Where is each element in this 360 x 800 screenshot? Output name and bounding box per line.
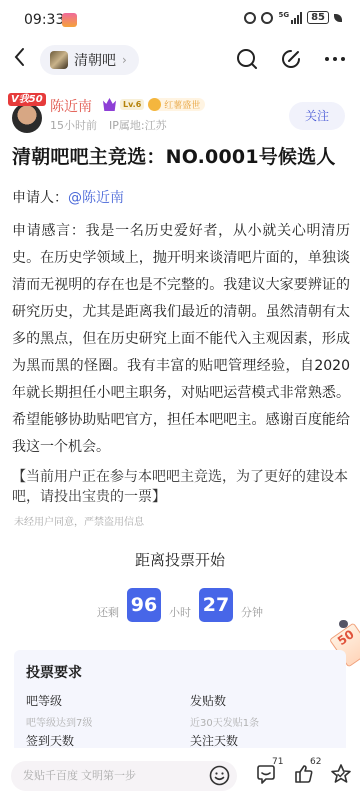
countdown-minutes: 27 bbox=[199, 588, 233, 622]
comment-button[interactable]: 71 bbox=[255, 763, 281, 789]
author-name[interactable]: 陈近南 bbox=[50, 96, 92, 116]
star-icon bbox=[330, 763, 352, 785]
author-badges: Lv.6 红薯盛世 bbox=[103, 98, 205, 111]
top-nav: 清朝吧 › bbox=[0, 40, 360, 80]
applicant-mention-link[interactable]: @陈近南 bbox=[68, 190, 124, 206]
share-button[interactable] bbox=[278, 46, 304, 72]
share-icon bbox=[280, 48, 302, 70]
post-title: 清朝吧吧主竞选：NO.0001号候选人 bbox=[12, 142, 336, 169]
honor-title: 红薯盛世 bbox=[164, 98, 200, 111]
crown-icon bbox=[103, 98, 116, 111]
hours-label: 小时 bbox=[169, 604, 191, 622]
signal-icon bbox=[291, 12, 302, 24]
requirement-item: 签到天数 bbox=[26, 732, 74, 749]
countdown-hours: 96 bbox=[127, 588, 161, 622]
requirement-name: 发贴数 bbox=[190, 692, 259, 709]
like-button[interactable]: 62 bbox=[293, 763, 319, 789]
honor-medal-icon bbox=[148, 98, 161, 111]
avatar-image bbox=[12, 103, 42, 133]
chevron-left-icon bbox=[12, 46, 26, 68]
sync-icon bbox=[244, 12, 256, 24]
status-bar: 09:33 5G 85 bbox=[0, 0, 360, 40]
minutes-label: 分钟 bbox=[241, 604, 263, 622]
like-count: 62 bbox=[310, 757, 321, 767]
author-meta: 15小时前 IP属地:江苏 bbox=[50, 117, 167, 133]
emoji-icon bbox=[209, 765, 230, 786]
countdown: 还剩 96 小时 27 分钟 bbox=[0, 588, 360, 622]
network-type: 5G bbox=[278, 11, 289, 19]
remaining-label: 还剩 bbox=[97, 604, 119, 622]
election-notice: 【当前用户正在参与本吧吧主竞选，为了更好的建设本吧，请投出宝贵的一票】 bbox=[12, 467, 350, 507]
honor-badge: 红薯盛世 bbox=[148, 98, 205, 111]
author-header: V我50 陈近南 Lv.6 红薯盛世 15小时前 IP属地:江苏 关注 bbox=[0, 93, 360, 137]
status-indicators: 5G 85 bbox=[244, 11, 342, 24]
back-button[interactable] bbox=[12, 46, 36, 74]
battery-level: 85 bbox=[307, 11, 329, 24]
requirement-desc: 吧等级达到7级 bbox=[26, 714, 92, 729]
post-time: 15小时前 bbox=[50, 117, 97, 133]
comment-input[interactable] bbox=[11, 761, 237, 791]
countdown-title: 距离投票开始 bbox=[0, 549, 360, 570]
author-avatar[interactable]: V我50 bbox=[8, 93, 46, 135]
avatar-badge: V我50 bbox=[8, 93, 46, 106]
search-button[interactable] bbox=[234, 46, 260, 72]
requirement-desc: 近30天发贴1条 bbox=[190, 714, 259, 729]
requirement-item: 吧等级 吧等级达到7级 bbox=[26, 692, 92, 729]
status-time: 09:33 bbox=[24, 12, 64, 28]
requirement-name: 签到天数 bbox=[26, 732, 74, 749]
requirement-item: 关注天数 bbox=[190, 732, 238, 749]
bottom-action-bar: 71 62 bbox=[0, 748, 360, 800]
comment-count: 71 bbox=[272, 757, 283, 767]
level-badge: Lv.6 bbox=[120, 99, 144, 110]
applicant-line: 申请人：@陈近南 bbox=[12, 187, 124, 207]
ip-location: IP属地:江苏 bbox=[109, 117, 167, 133]
forum-name: 清朝吧 bbox=[74, 50, 116, 70]
applicant-label: 申请人： bbox=[12, 190, 68, 206]
vote-requirements-card: 投票要求 吧等级 吧等级达到7级 发贴数 近30天发贴1条 签到天数 关注天数 bbox=[14, 650, 346, 748]
search-icon bbox=[235, 47, 259, 71]
favorite-button[interactable] bbox=[330, 763, 356, 789]
forum-avatar bbox=[50, 51, 68, 69]
emoji-button[interactable] bbox=[209, 765, 230, 786]
more-button[interactable] bbox=[322, 46, 348, 72]
alarm-icon bbox=[261, 12, 273, 24]
copyright-notice: 未经用户同意，严禁盗用信息 bbox=[14, 513, 144, 528]
requirement-name: 关注天数 bbox=[190, 732, 238, 749]
requirements-title: 投票要求 bbox=[26, 662, 82, 682]
eco-icon bbox=[334, 14, 342, 22]
more-icon bbox=[324, 56, 346, 62]
notification-app-icon bbox=[62, 13, 77, 27]
chevron-right-icon: › bbox=[122, 53, 127, 67]
requirement-item: 发贴数 近30天发贴1条 bbox=[190, 692, 259, 729]
requirement-name: 吧等级 bbox=[26, 692, 92, 709]
forum-link[interactable]: 清朝吧 › bbox=[40, 45, 139, 75]
application-statement: 申请感言：我是一名历史爱好者，从小就关心明清历史。在历史学领域上，抛开明来谈清吧… bbox=[12, 218, 350, 461]
follow-button[interactable]: 关注 bbox=[289, 102, 345, 130]
